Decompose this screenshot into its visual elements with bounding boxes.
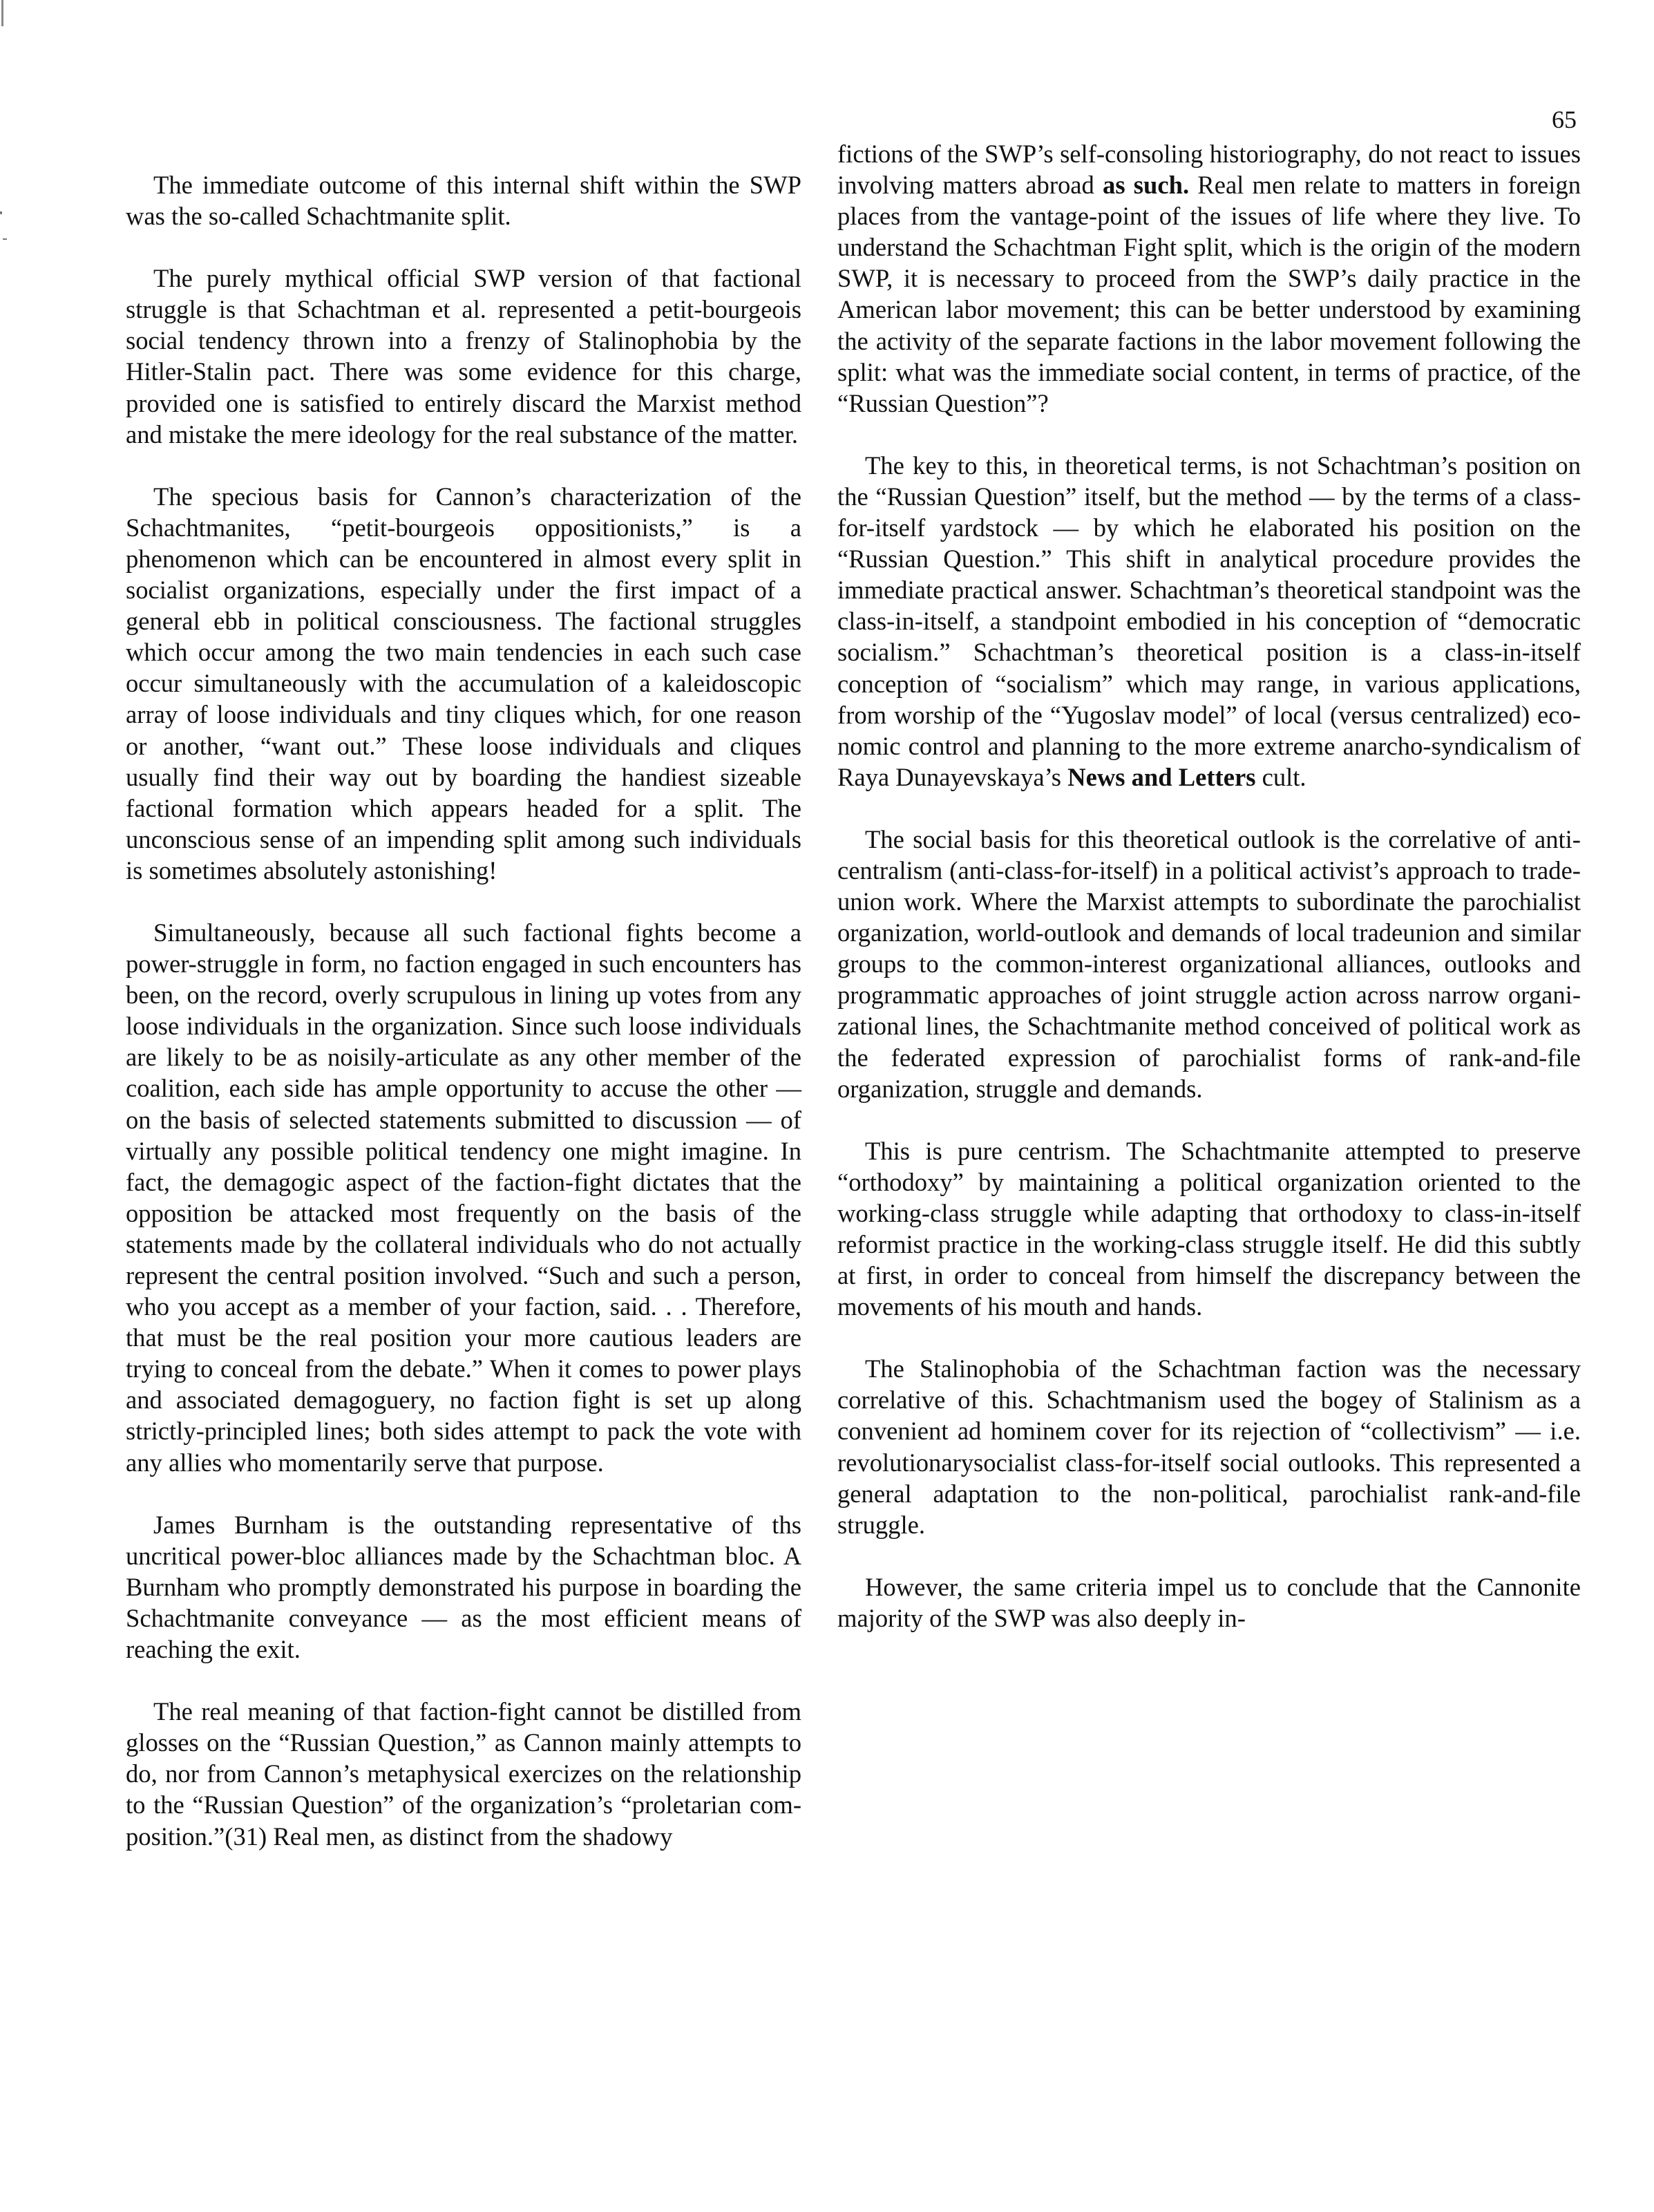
paragraph: James Burnham is the outstanding represe… — [126, 1509, 801, 1665]
text-run: cult. — [1255, 763, 1306, 791]
paragraph: The immediate outcome of this internal s… — [126, 169, 801, 231]
publication-title: News and Letters — [1067, 763, 1255, 791]
left-column: The immediate outcome of this internal s… — [126, 169, 801, 1883]
paragraph: The social basis for this theoretical ou… — [837, 824, 1581, 1104]
page-number: 65 — [1520, 105, 1577, 134]
paragraph: However, the same criteria impel us to c… — [837, 1571, 1581, 1634]
paragraph: Simultaneously, because all such faction… — [126, 917, 801, 1478]
paragraph: The purely mythical official SWP version… — [126, 263, 801, 450]
document-page: 65 The immediate outcome of this interna… — [0, 0, 1654, 2212]
scan-mark — [3, 238, 7, 240]
scan-mark — [0, 211, 2, 214]
paragraph: The Stalinophobia of the Schachtman fact… — [837, 1353, 1581, 1540]
paragraph: This is pure centrism. The Schachtmanite… — [837, 1135, 1581, 1323]
scan-mark — [1, 0, 3, 26]
paragraph-continued: fictions of the SWP’s self-consoling his… — [837, 138, 1581, 419]
emphasis: as such. — [1103, 171, 1189, 199]
text-run: The key to this, in theoretical terms, i… — [837, 451, 1581, 791]
paragraph: The key to this, in theoretical terms, i… — [837, 450, 1581, 793]
text-run: Real men relate to matters in foreign pl… — [837, 171, 1581, 417]
paragraph: The specious basis for Cannon’s characte… — [126, 481, 801, 886]
paragraph: The real meaning of that faction-fight c… — [126, 1696, 801, 1851]
right-column: fictions of the SWP’s self-consoling his… — [837, 138, 1581, 1665]
